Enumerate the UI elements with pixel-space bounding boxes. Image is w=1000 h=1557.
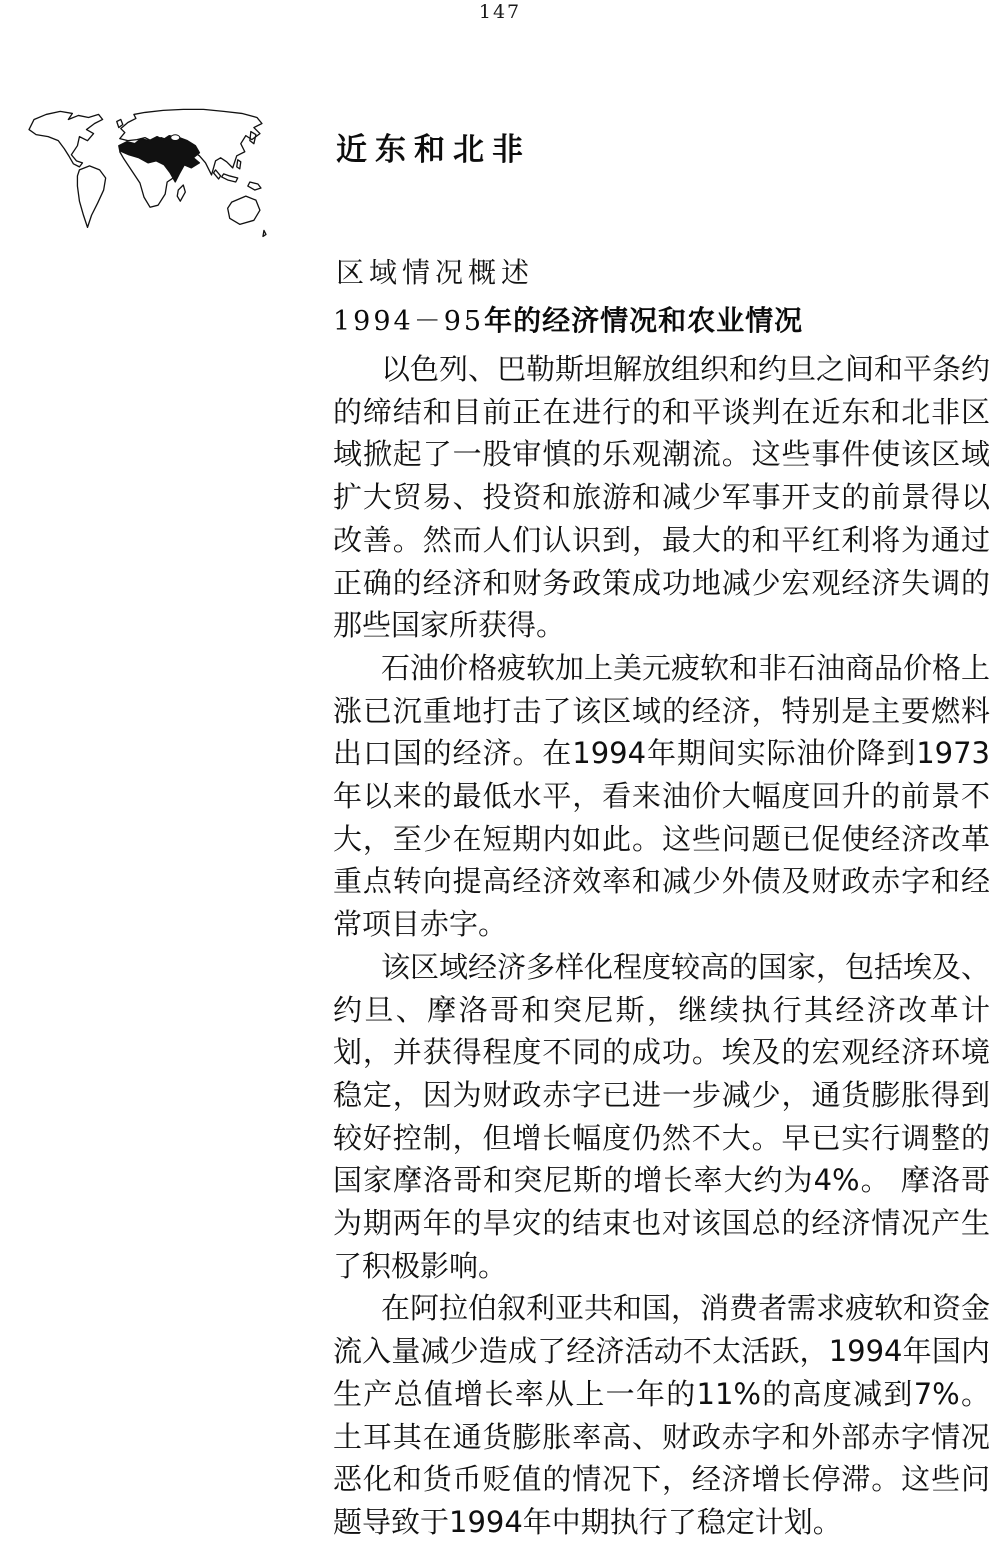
- paragraph-diversified-economies: 该区域经济多样化程度较高的国家，包括埃及、约旦、摩洛哥和突尼斯，继续执行其经济改…: [333, 946, 990, 1288]
- overview-section-title: 区域情况概述: [336, 251, 534, 291]
- page-number: 147: [0, 1, 1000, 23]
- map-north-america: [29, 111, 103, 166]
- map-japan: [250, 132, 256, 144]
- map-philippines: [237, 160, 241, 169]
- map-near-east-north-africa-region: [119, 136, 200, 182]
- world-map-graphic: [26, 106, 268, 260]
- paragraph-peace-process: 以色列、巴勒斯坦解放组织和约旦之间和平条约的缔结和目前正在进行的和平谈判在近东和…: [333, 348, 990, 647]
- paragraph-oil-prices: 石油价格疲软加上美元疲软和非石油商品价格上涨已沉重地打击了该区域的经济，特别是主…: [333, 647, 990, 946]
- world-map: [26, 106, 268, 260]
- scanned-document-page: { "page": { "number": "147" }, "map": { …: [0, 0, 1000, 1557]
- map-south-america: [77, 166, 105, 228]
- region-title: 近东和北非: [336, 124, 531, 169]
- economic-agricultural-situation-title: 1994－95年的经济情况和农业情况: [333, 299, 803, 339]
- map-madagascar: [177, 185, 185, 201]
- paragraph-syria-turkey: 在阿拉伯叙利亚共和国，消费者需求疲软和资金流入量减少造成了经济活动不太活跃，19…: [333, 1287, 990, 1543]
- map-new-guinea: [248, 182, 261, 190]
- year-range-text: 1994－95: [333, 306, 484, 337]
- map-borneo: [222, 174, 238, 182]
- map-australia: [228, 196, 260, 224]
- map-britain: [117, 119, 123, 127]
- subsection-title-text: 年的经济情况和农业情况: [484, 304, 803, 337]
- map-new-zealand: [263, 230, 266, 236]
- map-sumatra: [214, 170, 221, 179]
- map-black-sea: [171, 135, 180, 141]
- body-text: 以色列、巴勒斯坦解放组织和约旦之间和平条约的缔结和目前正在进行的和平谈判在近东和…: [333, 348, 990, 1544]
